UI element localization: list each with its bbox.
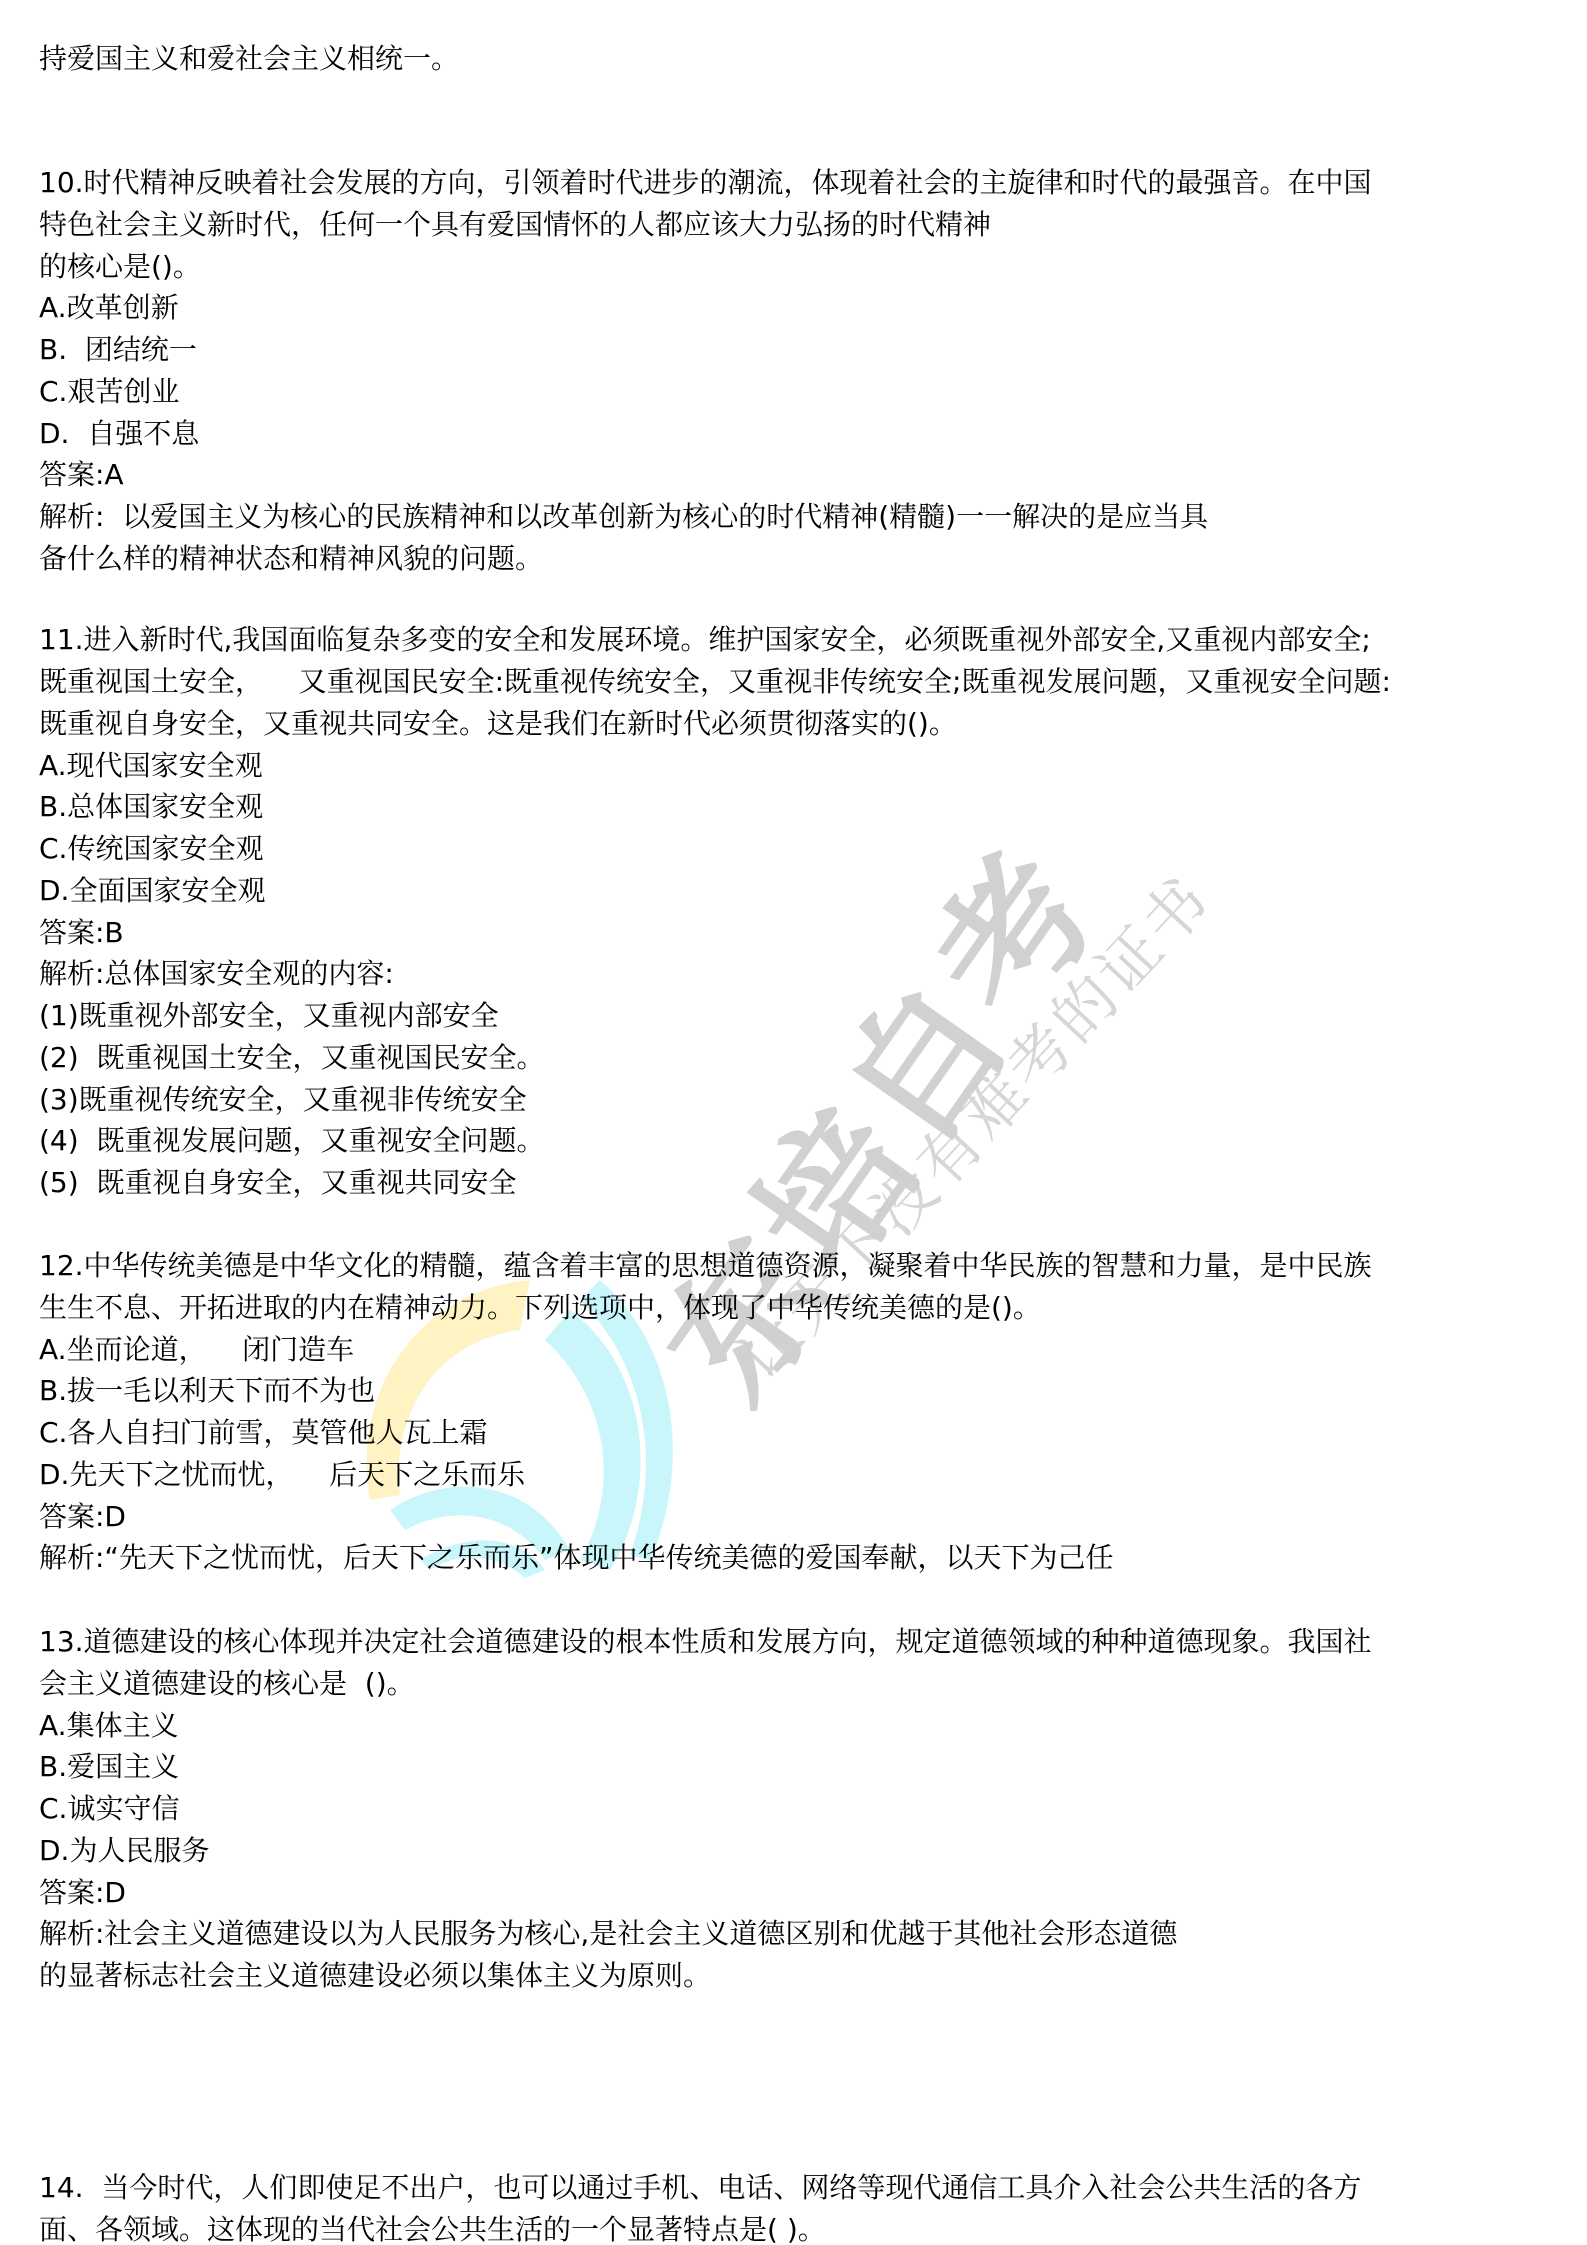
question-12-option-d: D.先天下之忧而忧， 后天下之乐而乐 xyxy=(39,1454,525,1496)
question-13-analysis: 解析:社会主义道德建设以为人民服务为核心,是社会主义道德区别和优越于其他社会形态… xyxy=(39,1913,1177,1955)
question-11-analysis: (1)既重视外部安全，又重视内部安全 xyxy=(39,995,499,1037)
question-11-stem: 11.进入新时代,我国面临复杂多变的安全和发展环境。维护国家安全，必须既重视外部… xyxy=(39,619,1371,661)
question-11-option-c: C.传统国家安全观 xyxy=(39,828,263,870)
question-13-option-a: A.集体主义 xyxy=(39,1705,179,1747)
question-10-analysis: 解析: 以爱国主义为核心的民族精神和以改革创新为核心的时代精神(精髓)一一解决的… xyxy=(39,496,1208,538)
question-13-option-c: C.诚实守信 xyxy=(39,1788,179,1830)
question-11-option-a: A.现代国家安全观 xyxy=(39,745,263,787)
question-13-answer: 答案:D xyxy=(39,1872,126,1914)
question-12-stem: 12.中华传统美德是中华文化的精髓，蕴含着丰富的思想道德资源，凝聚着中华民族的智… xyxy=(39,1245,1372,1287)
question-14-stem: 14. 当今时代，人们即使足不出户，也可以通过手机、电话、网络等现代通信工具介入… xyxy=(39,2167,1361,2209)
question-10-analysis: 备什么样的精神状态和精神风貌的问题。 xyxy=(39,538,543,580)
continuation-text: 持爱国主义和爱社会主义相统一。 xyxy=(39,38,459,80)
question-12-option-b: B.拔一毛以利天下而不为也 xyxy=(39,1370,375,1412)
question-11-analysis: 解析:总体国家安全观的内容: xyxy=(39,953,394,995)
question-11-analysis: (5) 既重视自身安全，又重视共同安全 xyxy=(39,1162,516,1204)
question-12-answer: 答案:D xyxy=(39,1496,126,1538)
question-11-option-b: B.总体国家安全观 xyxy=(39,786,263,828)
question-13-stem: 会主义道德建设的核心是 ()。 xyxy=(39,1663,415,1705)
question-10-option-a: A.改革创新 xyxy=(39,287,179,329)
question-10-option-d: D. 自强不息 xyxy=(39,413,199,455)
question-11-answer: 答案:B xyxy=(39,912,124,954)
question-12-option-c: C.各人自扫门前雪，莫管他人瓦上霜 xyxy=(39,1412,487,1454)
question-10-option-c: C.艰苦创业 xyxy=(39,371,179,413)
question-13-option-d: D.为人民服务 xyxy=(39,1830,209,1872)
question-10-stem: 的核心是()。 xyxy=(39,246,201,288)
question-11-analysis: (2) 既重视国土安全，又重视国民安全。 xyxy=(39,1037,544,1079)
question-11-stem: 既重视自身安全，又重视共同安全。这是我们在新时代必须贯彻落实的()。 xyxy=(39,703,957,745)
question-10-answer: 答案:A xyxy=(39,454,124,496)
watermark-brand: 东培自考 xyxy=(605,800,1140,1435)
question-11-analysis: (4) 既重视发展问题，又重视安全问题。 xyxy=(39,1120,544,1162)
question-10-option-b: B. 团结统一 xyxy=(39,329,197,371)
question-13-stem: 13.道德建设的核心体现并决定社会道德建设的根本性质和发展方向，规定道德领域的种… xyxy=(39,1621,1372,1663)
question-10-stem: 10.时代精神反映着社会发展的方向，引领着时代进步的潮流，体现着社会的主旋律和时… xyxy=(39,162,1372,204)
question-10-stem: 特色社会主义新时代，任何一个具有爱国情怀的人都应该大力弘扬的时代精神 xyxy=(39,204,991,246)
question-12-option-a: A.坐而论道， 闭门造车 xyxy=(39,1329,354,1371)
question-13-option-b: B.爱国主义 xyxy=(39,1746,179,1788)
question-11-option-d: D.全面国家安全观 xyxy=(39,870,265,912)
question-12-analysis: 解析:“先天下之忧而忧，后天下之乐而乐”体现中华传统美德的爱国奉献，以天下为己任 xyxy=(39,1537,1113,1579)
question-13-analysis: 的显著标志社会主义道德建设必须以集体主义为原则。 xyxy=(39,1955,711,1997)
question-12-stem: 生生不息、开拓进取的内在精神动力。下列选项中，体现了中华传统美德的是()。 xyxy=(39,1287,1041,1329)
question-14-stem: 面、各领域。这体现的当代社会公共生活的一个显著特点是( )。 xyxy=(39,2209,826,2245)
question-11-stem: 既重视国土安全， 又重视国民安全:既重视传统安全，又重视非传统安全;既重视发展问… xyxy=(39,661,1391,703)
question-11-analysis: (3)既重视传统安全，又重视非传统安全 xyxy=(39,1079,527,1121)
